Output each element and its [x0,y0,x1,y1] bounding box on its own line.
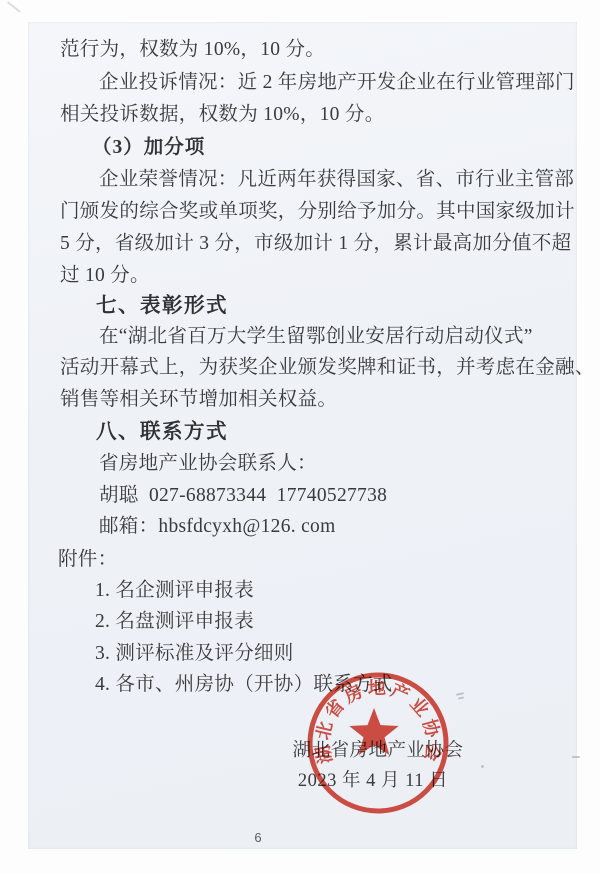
doc-line: 门颁发的综合奖或单项奖，分别给予加分。其中国家级加计 [60,200,575,224]
doc-line: 相关投诉数据，权数为 10%，10 分。 [60,103,385,127]
doc-line: 企业荣誉情况：凡近两年获得国家、省、市行业主管部 [99,168,574,192]
attachment-item: 2. 名盘测评申报表 [95,610,254,634]
doc-line: 5 分，省级加计 3 分，市级加计 1 分，累计最高加分值不超 [60,232,571,256]
scan-corner-mark [7,1,21,12]
seal-star-icon [349,708,398,755]
doc-line: 过 10 分。 [60,264,150,288]
section-heading: 七、表彰形式 [96,294,228,318]
attachment-item: 3. 测评标准及评分细则 [95,642,294,666]
section-heading: 八、联系方式 [96,420,228,444]
doc-line: 在“湖北省百万大学生留鄂创业安居行动启动仪式” [99,325,533,349]
doc-line: 活动开幕式上，为获奖企业颁发奖牌和证书，并考虑在金融、 [60,356,595,380]
doc-line: 省房地产业协会联系人： [99,452,317,476]
doc-line: 范行为，权数为 10%，10 分。 [60,38,325,62]
page-number: 6 [228,830,288,845]
document-page: 范行为，权数为 10%，10 分。 企业投诉情况：近 2 年房地产开发企业在行业… [28,22,577,849]
contact-line: 胡聪 027-68873344 17740527738 [99,484,387,508]
official-seal: 湖北省房地产业协会 [293,658,463,828]
attachments-label: 附件： [58,548,117,572]
doc-line: 企业投诉情况：近 2 年房地产开发企业在行业管理部门 [99,71,575,95]
doc-line: 销售等相关环节增加相关权益。 [60,388,337,412]
scan-artifact [572,756,580,758]
attachment-item: 1. 名企测评申报表 [95,579,254,603]
email-line: 邮箱：hbsfdcyxh@126. com [99,515,336,539]
section-subheading: （3）加分项 [92,136,205,160]
scan-artifact [481,765,484,768]
